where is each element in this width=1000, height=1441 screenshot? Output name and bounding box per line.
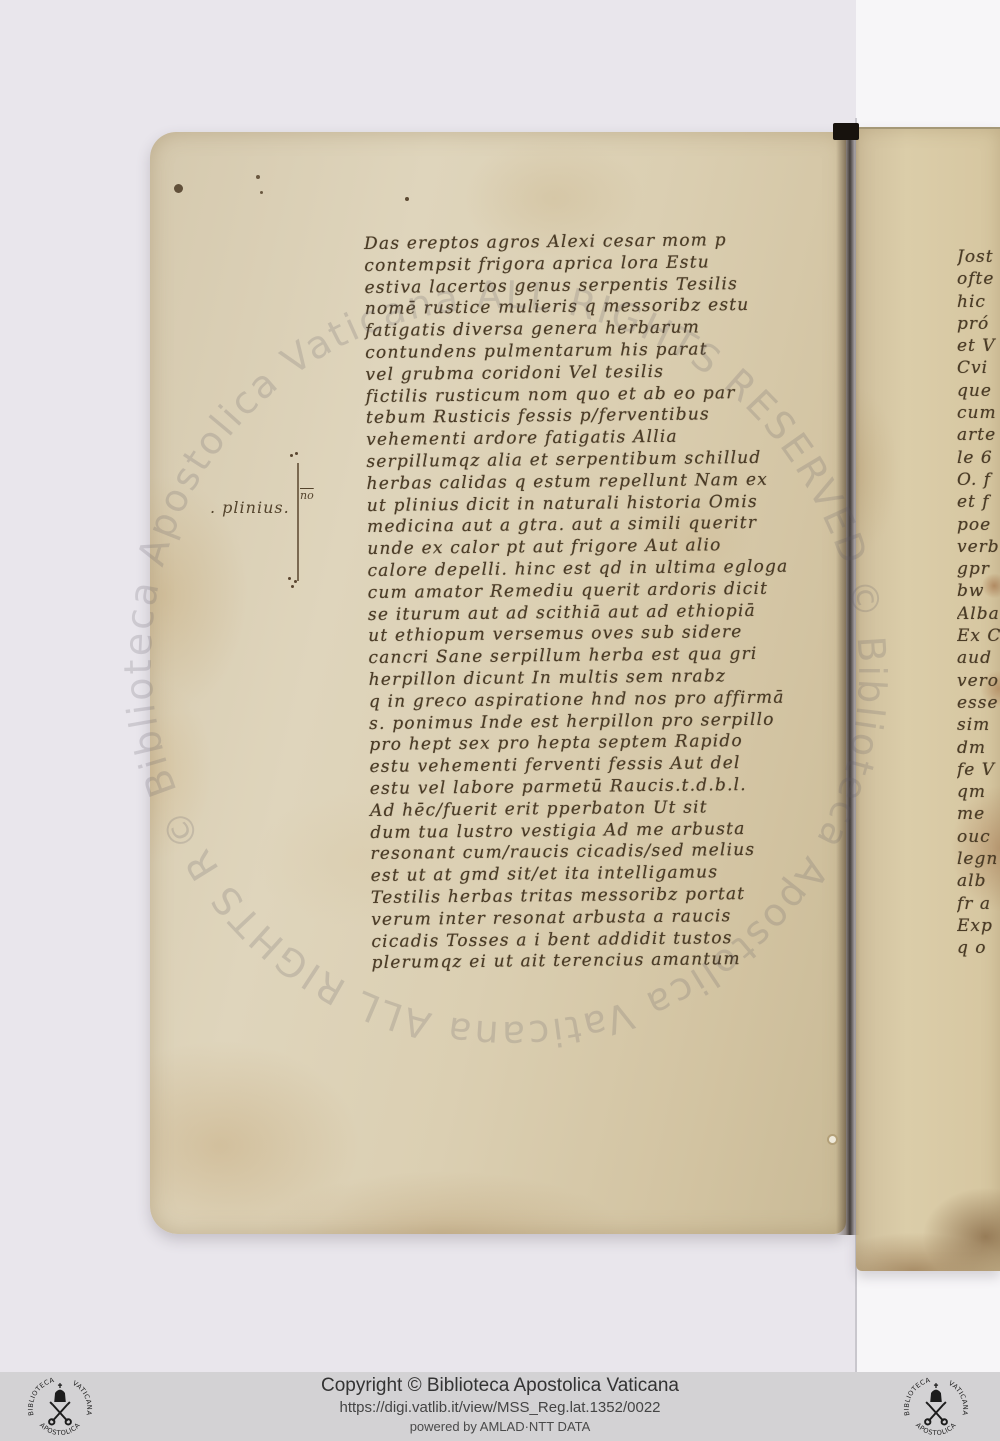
- svg-text:VATICANA: VATICANA: [947, 1379, 969, 1416]
- manuscript-line-fragment: et f: [957, 491, 1000, 513]
- manuscript-line-fragment: dm: [957, 737, 1000, 759]
- parchment-hole: [827, 1134, 838, 1145]
- manuscript-line-fragment: le 6: [957, 447, 1000, 469]
- manuscript-line-fragment: hic: [957, 291, 1000, 313]
- manuscript-line-fragment: bw: [957, 580, 1000, 602]
- footer-bar: BIBLIOTECA VATICANA APOSTOLICA Copyright…: [0, 1372, 1000, 1441]
- manuscript-line-fragment: Alba: [957, 603, 1000, 625]
- marginal-mark-dots-top: [290, 454, 293, 457]
- manuscript-line-fragment: alb: [957, 870, 1000, 892]
- manuscript-line-fragment: fe V: [957, 759, 1000, 781]
- manuscript-line-fragment: q o: [957, 937, 1000, 959]
- marginal-mark-line: [297, 463, 299, 581]
- manuscript-line-fragment: arte: [957, 424, 1000, 446]
- manuscript-line-fragment: que: [957, 380, 1000, 402]
- binding-tab: [833, 123, 859, 140]
- manuscript-line-fragment: sim: [957, 714, 1000, 736]
- binding-gutter: [836, 129, 860, 1235]
- manuscript-line-fragment: pró: [957, 313, 1000, 335]
- ink-speck: [260, 191, 263, 194]
- manuscript-line-fragment: O. f: [957, 469, 1000, 491]
- manuscript-line-fragment: Jost: [957, 246, 1000, 268]
- manuscript-line-fragment: me: [957, 803, 1000, 825]
- manuscript-line: plerumqz ei ut ait terencius amantum: [372, 949, 812, 975]
- manuscript-line-fragment: cum: [957, 402, 1000, 424]
- crossed-keys-tiara-emblem: [925, 1383, 947, 1424]
- manuscript-line-fragment: et V: [957, 335, 1000, 357]
- svg-text:APOSTOLICA: APOSTOLICA: [914, 1421, 958, 1437]
- manuscript-line-fragment: esse: [957, 692, 1000, 714]
- manuscript-line-fragment: fr a: [957, 893, 1000, 915]
- manuscript-line: Testilis herbas tritas messoribz portat: [371, 883, 811, 909]
- manifest-url: https://digi.vatlib.it/view/MSS_Reg.lat.…: [0, 1399, 1000, 1416]
- marginal-note-plinius: . plinius.: [210, 498, 290, 517]
- marginal-note-superscript: no: [300, 489, 314, 502]
- seal-word-apostolica: APOSTOLICA: [914, 1421, 958, 1437]
- seal-word-biblioteca: BIBLIOTECA: [903, 1376, 931, 1416]
- manuscript-line-fragment: vero: [957, 670, 1000, 692]
- manuscript-line: estu vel labore parmetū Raucis.t.d.b.l.: [370, 774, 810, 800]
- marginal-mark-dots-bottom: [288, 577, 291, 580]
- manuscript-line-fragment: Ex C: [957, 625, 1000, 647]
- ink-speck: [405, 197, 409, 201]
- copyright-text: Copyright © Biblioteca Apostolica Vatica…: [0, 1375, 1000, 1397]
- manuscript-line-fragment: ouc: [957, 826, 1000, 848]
- footer-text-block: Copyright © Biblioteca Apostolica Vatica…: [0, 1375, 1000, 1434]
- right-page-text-fragments: Jostoftehicpróet VCviquecumartele 6O. fe…: [957, 246, 1000, 960]
- manuscript-line: cancri Sane serpillum herba est qua gri: [368, 644, 808, 670]
- manuscript-text-block: Das ereptos agros Alexi cesar mom pconte…: [364, 229, 812, 975]
- manuscript-line-fragment: ofte: [957, 268, 1000, 290]
- manuscript-line-fragment: aud: [957, 647, 1000, 669]
- manuscript-line-fragment: Exp: [957, 915, 1000, 937]
- seal-word-vaticana: VATICANA: [947, 1379, 969, 1416]
- manuscript-line-fragment: Cvi: [957, 357, 1000, 379]
- ink-speck: [256, 175, 260, 179]
- powered-by-text: powered by AMLAD·NTT DATA: [0, 1419, 1000, 1434]
- manuscript-line-fragment: gpr: [957, 558, 1000, 580]
- manuscript-line-fragment: verb: [957, 536, 1000, 558]
- manuscript-line-fragment: legn: [957, 848, 1000, 870]
- wormhole-speck: [174, 184, 183, 193]
- manuscript-line-fragment: poe: [957, 514, 1000, 536]
- digitized-manuscript-scan: Das ereptos agros Alexi cesar mom pconte…: [0, 0, 1000, 1372]
- svg-text:BIBLIOTECA: BIBLIOTECA: [903, 1376, 931, 1416]
- manuscript-line-fragment: qm: [957, 781, 1000, 803]
- vatican-library-seal-right: BIBLIOTECA VATICANA APOSTOLICA: [903, 1374, 969, 1440]
